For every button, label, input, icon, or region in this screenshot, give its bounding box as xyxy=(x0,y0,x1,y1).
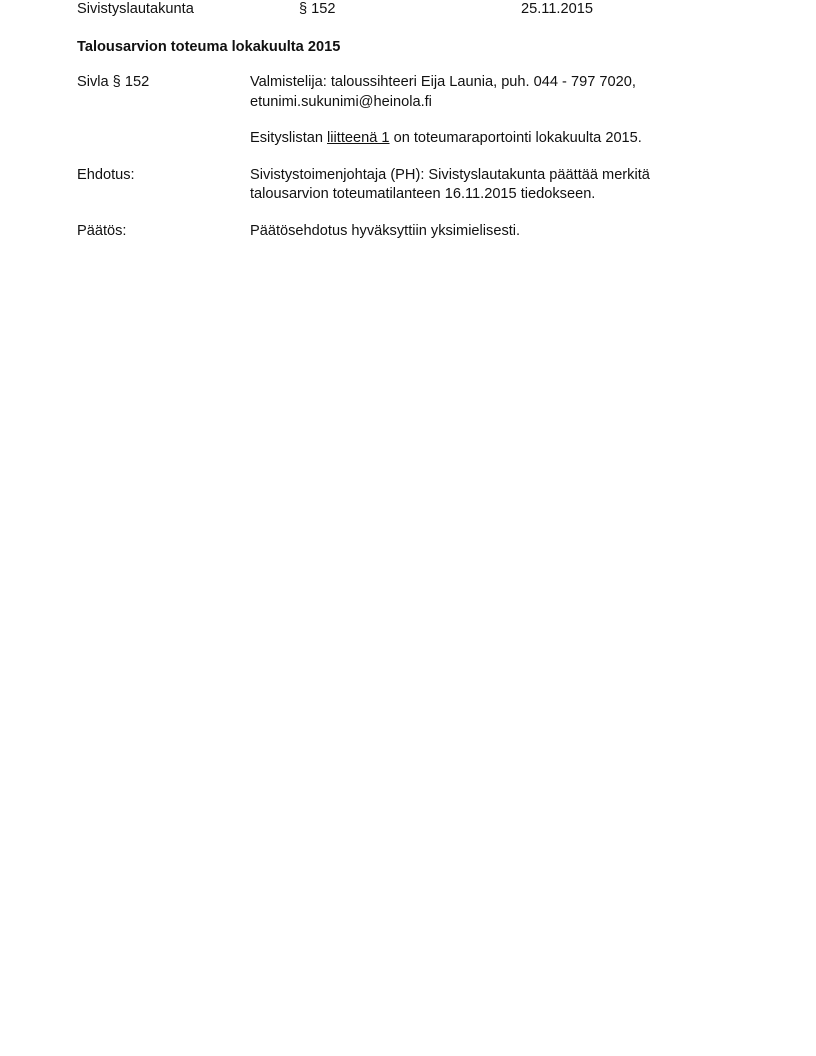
decision-text: Päätösehdotus hyväksyttiin yksimielisest… xyxy=(250,222,520,240)
preparer-label: Sivla § 152 xyxy=(77,73,149,91)
header-section-number: § 152 xyxy=(299,0,336,18)
proposal-line-2: talousarvion toteumatilanteen 16.11.2015… xyxy=(250,185,595,203)
header-date: 25.11.2015 xyxy=(521,0,593,18)
header-organization: Sivistyslautakunta xyxy=(77,0,194,18)
document-title: Talousarvion toteuma lokakuulta 2015 xyxy=(77,38,340,56)
attachment-link[interactable]: liitteenä 1 xyxy=(327,130,389,146)
attachment-prefix: Esityslistan xyxy=(250,130,327,146)
proposal-line-1: Sivistystoimenjohtaja (PH): Sivistyslaut… xyxy=(250,166,650,184)
decision-label: Päätös: xyxy=(77,222,127,240)
attachment-note: Esityslistan liitteenä 1 on toteumarapor… xyxy=(250,129,642,147)
preparer-email: etunimi.sukunimi@heinola.fi xyxy=(250,93,432,111)
proposal-label: Ehdotus: xyxy=(77,166,135,184)
attachment-suffix: on toteumaraportointi lokakuulta 2015. xyxy=(390,130,642,146)
preparer-line-1: Valmistelija: taloussihteeri Eija Launia… xyxy=(250,73,636,91)
